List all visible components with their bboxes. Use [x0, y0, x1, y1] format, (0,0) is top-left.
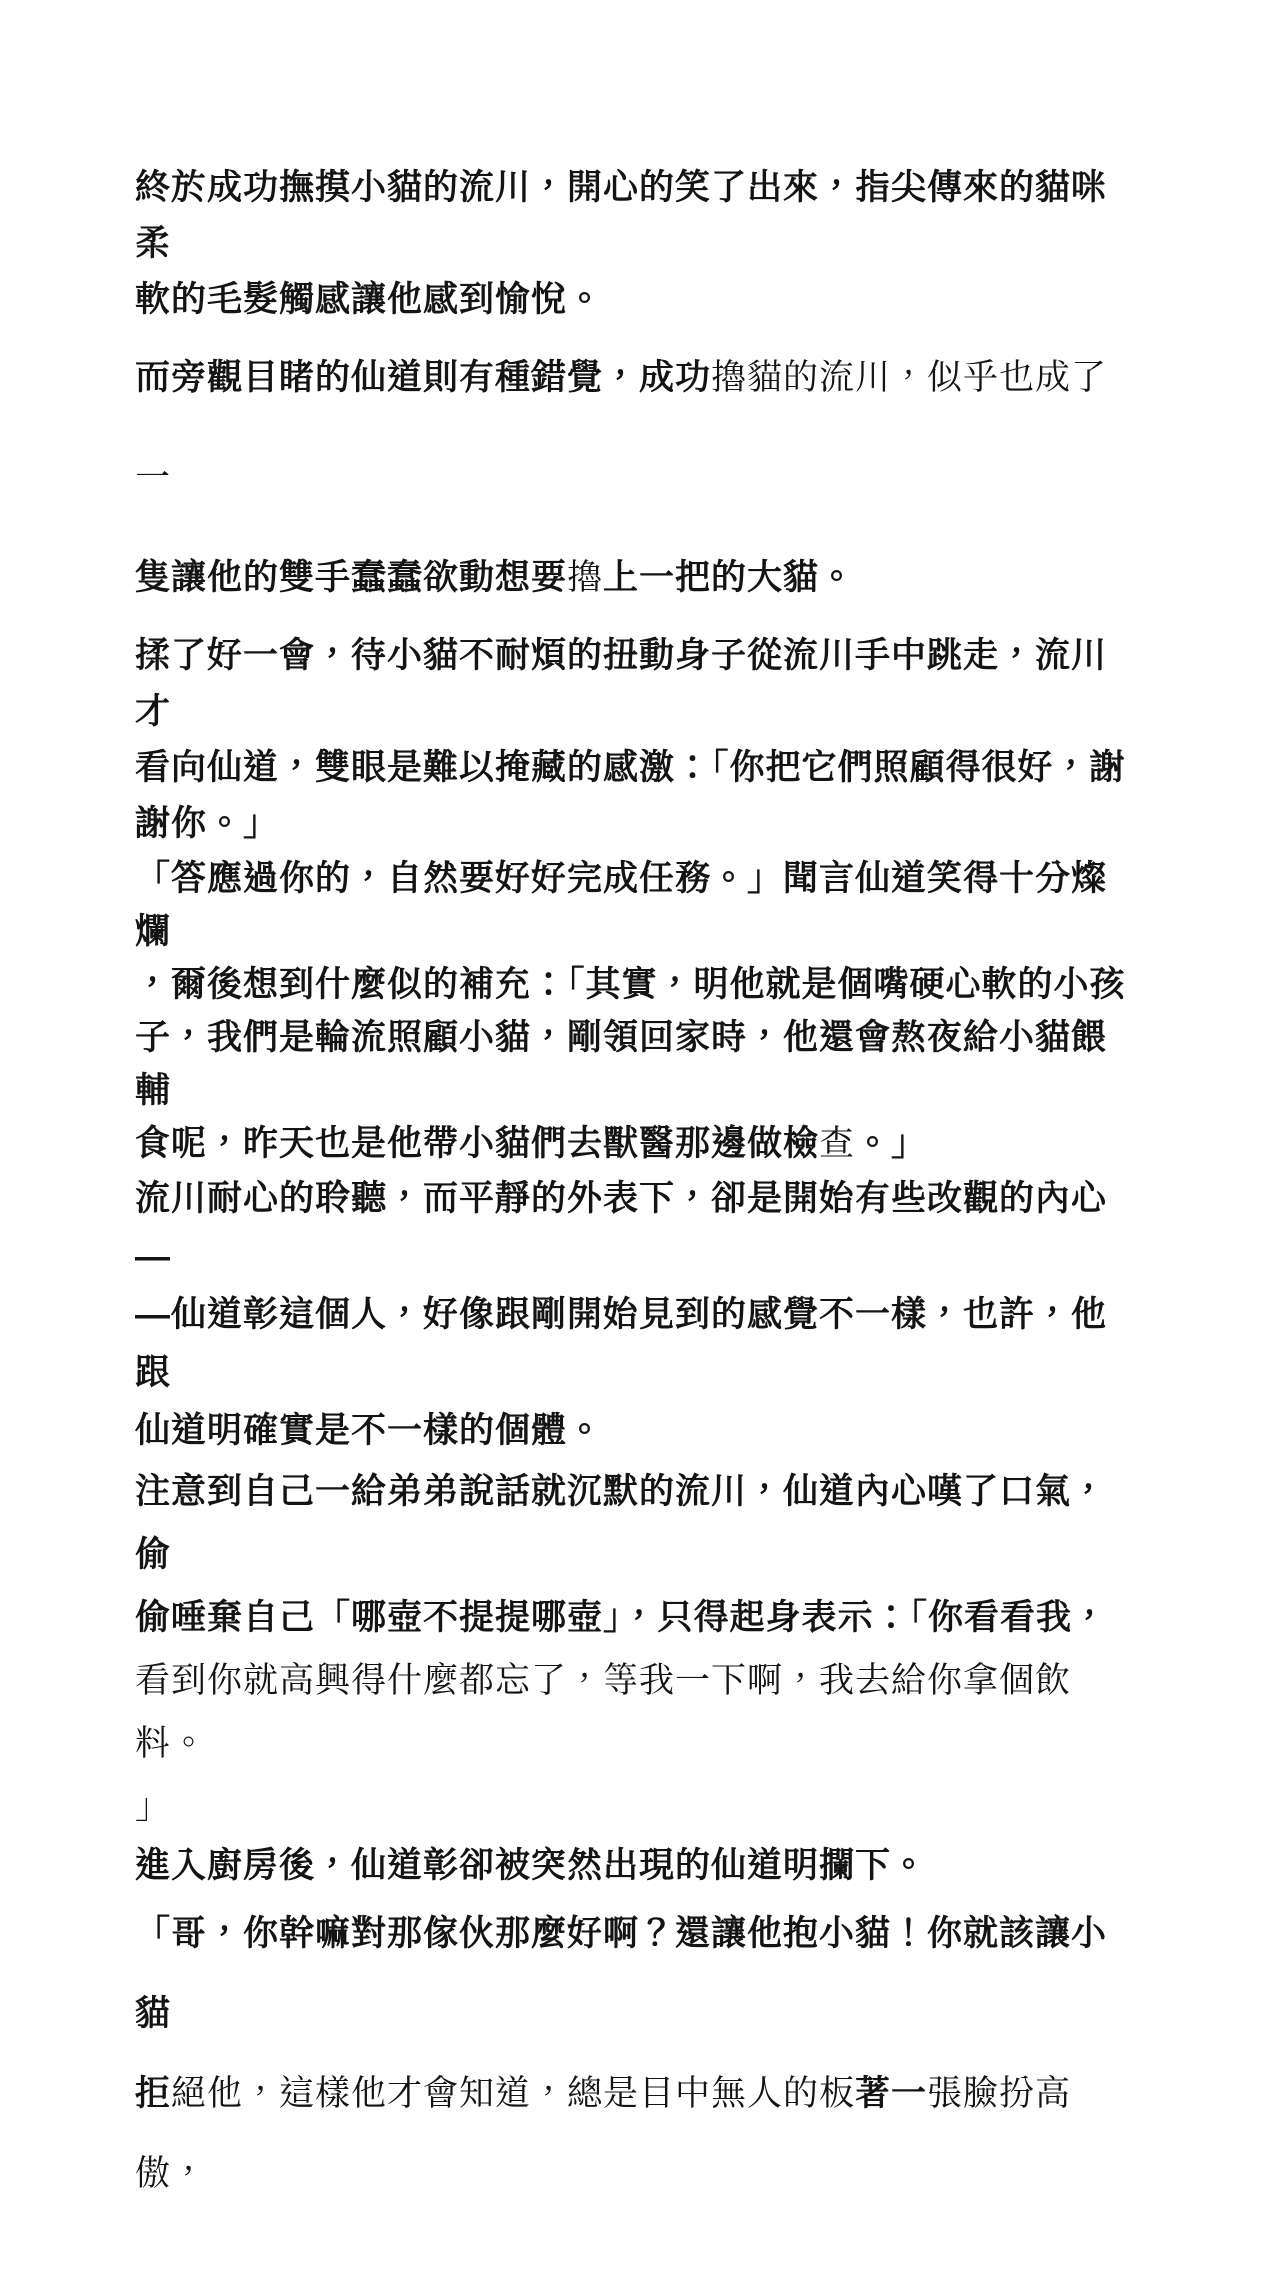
text-run: 「答應過你的，自然要好好完成任務。」聞言仙道笑得十分燦爛 [135, 859, 1107, 951]
paragraph: 而旁觀目睹的仙道則有種錯覺，成功擼貓的流川，似乎也成了一隻讓他的雙手蠢蠢欲動想要… [135, 328, 1140, 628]
text-run: 著一 [855, 2074, 927, 2113]
text-line: 注意到自己一給弟弟說話就沉默的流川，仙道內心嘆了口氣，偷 [135, 1460, 1140, 1586]
text-run: 揉了好一會，待小貓不耐煩的扭動身子從流川手中跳走，流川才 [135, 636, 1107, 731]
text-run: 。」 [855, 1124, 927, 1163]
text-run: 食呢，昨天也是他帶小貓們去獸醫那邊做檢 [135, 1124, 819, 1163]
text-run: 流川耐心的聆聽，而平靜的外表下，卻是開始有些改觀的內心— [135, 1179, 1107, 1276]
text-line: 軟的毛髮觸感讓他感到愉悅。 [135, 272, 1140, 328]
paragraph: 揉了好一會，待小貓不耐煩的扭動身子從流川手中跳走，流川才看向仙道，雙眼是難以掩藏… [135, 628, 1140, 852]
text-run: 子，我們是輪流照顧小貓，剛領回家時，他還會熬夜給小貓餵輔 [135, 1018, 1107, 1110]
text-line: 看向仙道，雙眼是難以掩藏的感激：「你把它們照顧得很好，謝 [135, 740, 1140, 796]
text-run: 終於成功撫摸小貓的流川，開心的笑了出來，指尖傳來的貓咪柔 [135, 168, 1107, 263]
text-run: 進入廚房後，仙道彰卻被突然出現的仙道明攔下。 [135, 1846, 927, 1885]
text-run: ，爾後想到什麼似的補充：「其實，明他就是個嘴硬心軟的小孩 [135, 965, 1126, 1004]
text-run: 隻讓他的雙手蠢蠢欲動想要 [135, 558, 567, 597]
text-line: 隻讓他的雙手蠢蠢欲動想要擼上一把的大貓。 [135, 528, 1140, 628]
text-run: 而旁觀目睹的仙道則有種錯覺，成功 [135, 358, 711, 397]
document-page: 終於成功撫摸小貓的流川，開心的笑了出來，指尖傳來的貓咪柔軟的毛髮觸感讓他感到愉悅… [0, 0, 1280, 2274]
text-run: 」 [135, 1787, 171, 1826]
text-run: 查 [819, 1124, 855, 1163]
text-run: 偷唾棄自己「哪壺不提提哪壺」，只得起身表示：「你看看我， [135, 1598, 1108, 1637]
text-line: 子，我們是輪流照顧小貓，剛領回家時，他還會熬夜給小貓餵輔 [135, 1011, 1140, 1117]
text-run: 絕他，這樣他才會知道，總是目中無人的板 [171, 2074, 855, 2113]
paragraph: 終於成功撫摸小貓的流川，開心的笑了出來，指尖傳來的貓咪柔軟的毛髮觸感讓他感到愉悅… [135, 160, 1140, 328]
text-run: 注意到自己一給弟弟說話就沉默的流川，仙道內心嘆了口氣，偷 [135, 1472, 1107, 1574]
text-line: —仙道彰這個人，好像跟剛開始見到的感覺不一樣，也許，他跟 [135, 1286, 1140, 1402]
text-line: 流川耐心的聆聽，而平靜的外表下，卻是開始有些改觀的內心— [135, 1170, 1140, 1286]
text-line: 看到你就高興得什麼都忘了，等我一下啊，我去給你拿個飲料。 [135, 1649, 1140, 1775]
text-run: —仙道彰這個人，好像跟剛開始見到的感覺不一樣，也許，他跟 [135, 1295, 1107, 1392]
text-line: 食呢，昨天也是他帶小貓們去獸醫那邊做檢查。」 [135, 1117, 1140, 1170]
text-line: 進入廚房後，仙道彰卻被突然出現的仙道明攔下。 [135, 1838, 1140, 1894]
text-line: 拒絕他，這樣他才會知道，總是目中無人的板著一張臉扮高傲， [135, 2054, 1140, 2214]
text-run: 拒 [135, 2074, 171, 2113]
text-run: 看到你就高興得什麼都忘了，等我一下啊，我去給你拿個飲料。 [135, 1661, 1071, 1763]
text-line: 偷唾棄自己「哪壺不提提哪壺」，只得起身表示：「你看看我， [135, 1586, 1140, 1649]
text-run: 軟的毛髮觸感讓他感到愉悅。 [135, 280, 603, 319]
text-run: 看向仙道，雙眼是難以掩藏的感激：「你把它們照顧得很好，謝 [135, 748, 1126, 787]
text-line: 仙道明確實是不一樣的個體。 [135, 1402, 1140, 1460]
text-line: 而旁觀目睹的仙道則有種錯覺，成功擼貓的流川，似乎也成了一 [135, 328, 1140, 528]
paragraph: 注意到自己一給弟弟說話就沉默的流川，仙道內心嘆了口氣，偷偷唾棄自己「哪壺不提提哪… [135, 1460, 1140, 1838]
text-line: 揉了好一會，待小貓不耐煩的扭動身子從流川手中跳走，流川才 [135, 628, 1140, 740]
paragraph: 「哥，你幹嘛對那傢伙那麼好啊？還讓他抱小貓！你就該讓小貓拒絕他，這樣他才會知道，… [135, 1894, 1140, 2214]
text-run: 仙道明確實是不一樣的個體。 [135, 1411, 603, 1450]
text-line: 謝你。」 [135, 796, 1140, 852]
text-run: 謝你。」 [135, 804, 279, 843]
text-run: 擼 [567, 558, 603, 597]
text-line: 終於成功撫摸小貓的流川，開心的笑了出來，指尖傳來的貓咪柔 [135, 160, 1140, 272]
text-line: 「答應過你的，自然要好好完成任務。」聞言仙道笑得十分燦爛 [135, 852, 1140, 958]
text-run: 上一把的大貓。 [603, 558, 855, 597]
paragraph: 「答應過你的，自然要好好完成任務。」聞言仙道笑得十分燦爛，爾後想到什麼似的補充：… [135, 852, 1140, 1170]
text-run: 「哥，你幹嘛對那傢伙那麼好啊？還讓他抱小貓！你就該讓小貓 [135, 1914, 1107, 2033]
paragraph: 進入廚房後，仙道彰卻被突然出現的仙道明攔下。 [135, 1838, 1140, 1894]
text-line: 「哥，你幹嘛對那傢伙那麼好啊？還讓他抱小貓！你就該讓小貓 [135, 1894, 1140, 2054]
text-line: 」 [135, 1775, 1140, 1838]
text-line: ，爾後想到什麼似的補充：「其實，明他就是個嘴硬心軟的小孩 [135, 958, 1140, 1011]
paragraph: 流川耐心的聆聽，而平靜的外表下，卻是開始有些改觀的內心——仙道彰這個人，好像跟剛… [135, 1170, 1140, 1460]
